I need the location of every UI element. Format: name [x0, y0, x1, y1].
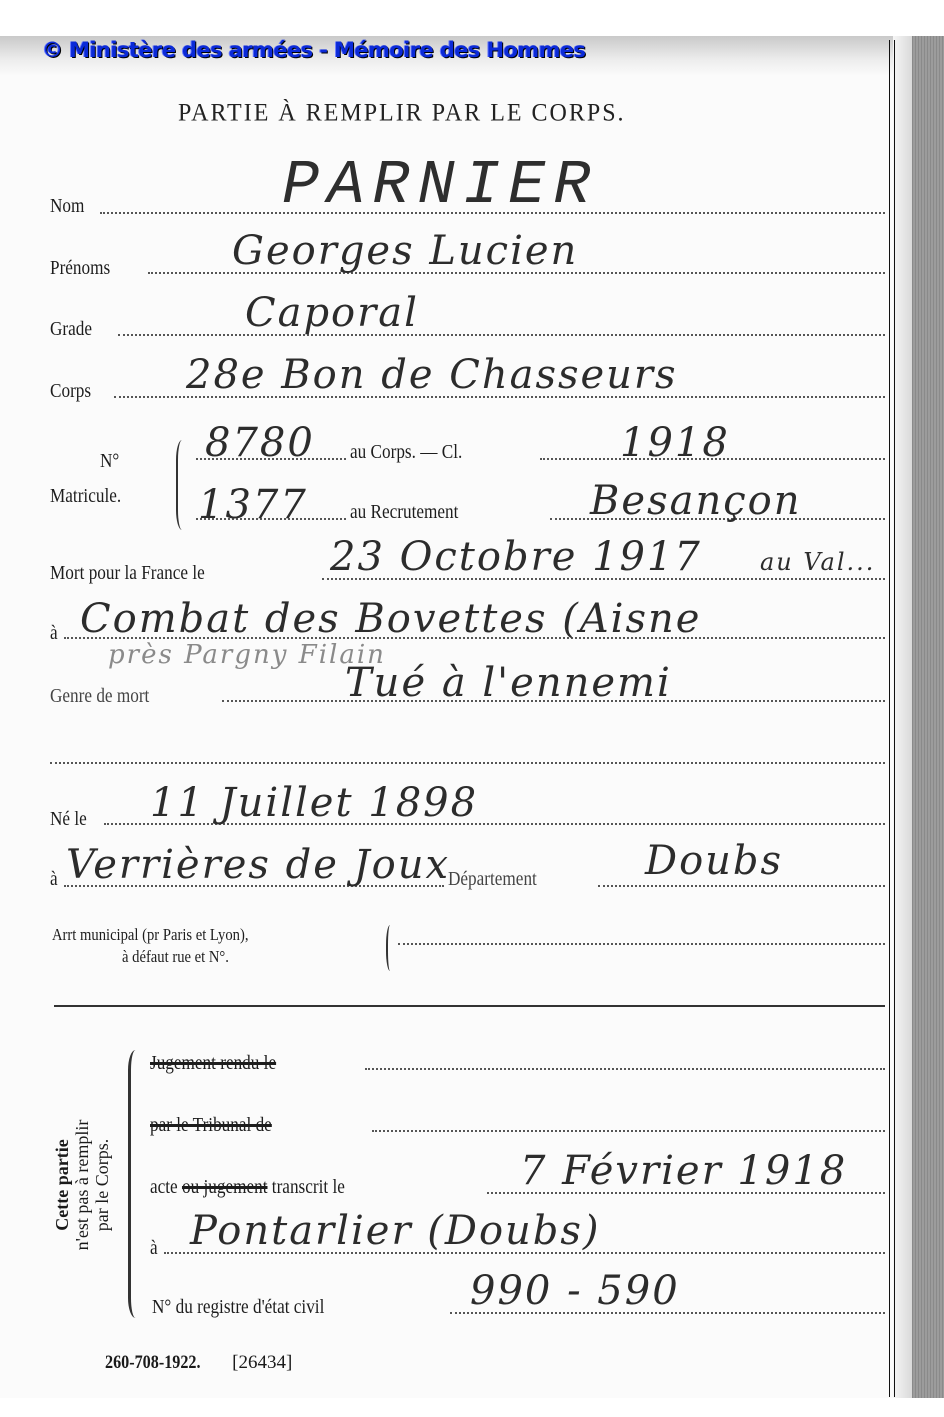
footer: 260-708-1922. [26434] [105, 1352, 292, 1374]
nom-value: PARNIER [282, 150, 598, 221]
mort-annotation: au Val... [760, 548, 875, 576]
form-heading: PARTIE À REMPLIR PAR LE CORPS. [178, 99, 626, 127]
arrondissement-line [398, 943, 885, 945]
jugement-line [365, 1068, 885, 1070]
scan-right-shadow [893, 36, 913, 1398]
lieu-mort-label: à [50, 622, 58, 645]
corps-value: 28e Bon de Chasseurs [186, 352, 678, 398]
nom-label: Nom [50, 195, 84, 218]
lieu-acte-label: à [150, 1237, 158, 1260]
prenoms-value: Georges Lucien [232, 228, 578, 274]
mort-value: 23 Octobre 1917 [330, 534, 702, 580]
arrondissement-brace [386, 925, 394, 971]
departement-line [598, 885, 885, 887]
genre-mort-value: Tué à l'ennemi [345, 660, 672, 706]
tribunal-label: par le Tribunal de [150, 1114, 272, 1137]
jugement-brace [128, 1050, 143, 1318]
section-divider [54, 1005, 885, 1007]
acte-label-a: acte [150, 1176, 178, 1198]
recrutement-label: au Recrutement [350, 501, 458, 524]
grade-label: Grade [50, 318, 92, 341]
footer-ref: [26434] [232, 1352, 292, 1373]
mort-label: Mort pour la France le [50, 562, 205, 585]
matricule-label: Matricule. [50, 485, 121, 508]
side-note-line-2: n'est pas à remplir [72, 1120, 92, 1251]
classe-value: 1918 [620, 420, 730, 466]
naissance-value: 11 Juillet 1898 [150, 780, 478, 826]
genre-mort-label: Genre de mort [50, 685, 149, 708]
recrutement-value: 1377 [198, 482, 308, 528]
au-corps-value: 8780 [205, 420, 315, 466]
acte-label-b: transcrit le [272, 1176, 345, 1198]
tribunal-line [372, 1130, 885, 1132]
registre-value: 990 - 590 [470, 1268, 680, 1314]
au-corps-label: au Corps. — Cl. [350, 441, 462, 464]
side-note: Cette partie n'est pas à remplir par le … [42, 1085, 122, 1285]
lieu-naissance-label: à [50, 868, 58, 891]
side-note-line-1: Cette partie [52, 1120, 72, 1251]
naissance-label: Né le [50, 808, 87, 831]
grade-value: Caporal [245, 290, 419, 336]
side-note-line-3: par le Corps. [92, 1120, 112, 1251]
watermark: © Ministère des armées - Mémoire des Hom… [42, 38, 585, 62]
departement-label: Département [448, 868, 537, 891]
scan-right-edge [912, 36, 944, 1398]
matricule-label-no: N° [100, 450, 119, 473]
blank-line [50, 762, 885, 764]
arrondissement-label-1: Arrt municipal (pr Paris et Lyon), [52, 925, 249, 945]
acte-value: 7 Février 1918 [520, 1148, 847, 1194]
registre-label: N° du registre d'état civil [152, 1296, 324, 1319]
acte-label-struck: ou jugement [182, 1176, 268, 1198]
lieu-mort-value: Combat des Bovettes (Aisne [80, 596, 701, 642]
arrondissement-label-2: à défaut rue et N°. [122, 947, 229, 967]
border-line-inner [889, 40, 890, 1397]
prenoms-label: Prénoms [50, 257, 110, 280]
lieu-acte-value: Pontarlier (Doubs) [190, 1208, 601, 1254]
footer-code: 260-708-1922. [105, 1352, 201, 1374]
matricule-brace [176, 440, 188, 530]
corps-label: Corps [50, 380, 91, 403]
grade-line [118, 334, 885, 336]
departement-value: Doubs [645, 838, 783, 884]
lieu-naissance-value: Verrières de Joux [66, 842, 450, 888]
border-line-outer [894, 40, 895, 1397]
recrutement-place: Besançon [590, 478, 801, 524]
jugement-label: Jugement rendu le [150, 1052, 276, 1075]
acte-label: acte ou jugement transcrit le [150, 1176, 345, 1199]
